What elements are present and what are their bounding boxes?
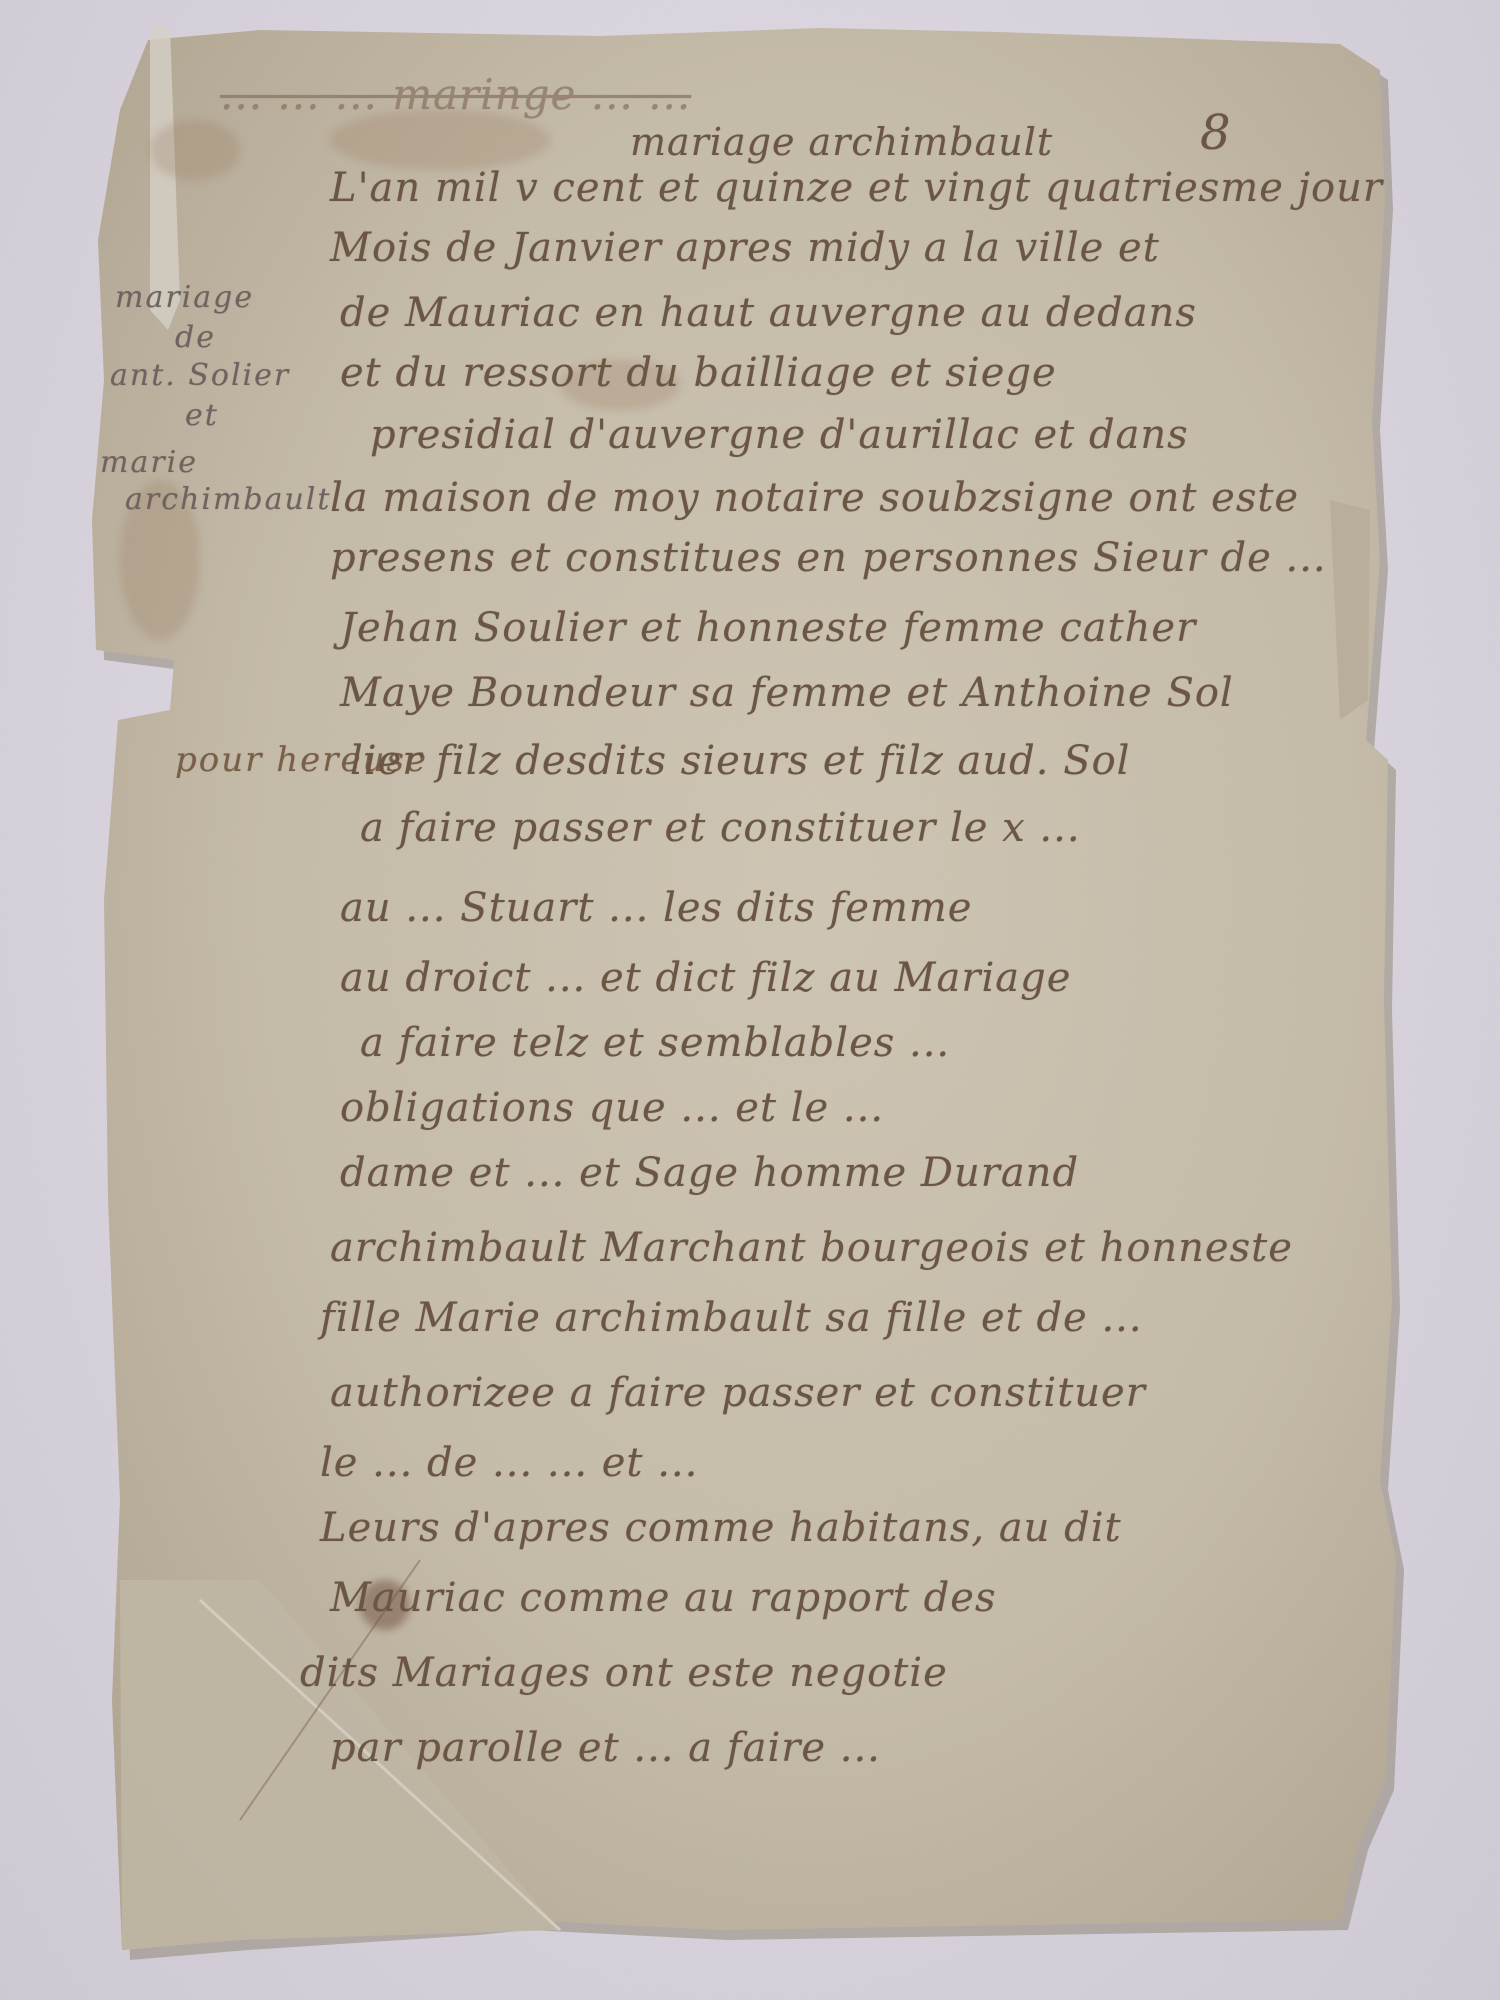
body-line: Jehan Soulier et honneste femme cather (340, 605, 1196, 651)
water-stain (150, 120, 240, 180)
body-line: a faire telz et semblables ... (360, 1020, 950, 1066)
body-line: Mauriac comme au rapport des (330, 1575, 996, 1621)
body-line: Leurs d'apres comme habitans, au dit (320, 1505, 1122, 1551)
body-line: au droict ... et dict filz au Mariage (340, 955, 1071, 1001)
body-line: archimbault Marchant bourgeois et honnes… (330, 1225, 1293, 1271)
body-line: Maye Boundeur sa femme et Anthoine Sol (340, 670, 1234, 716)
body-line: la maison de moy notaire soubzsigne ont … (330, 475, 1299, 521)
page-number: 8 (1200, 105, 1232, 161)
body-line: Mois de Janvier apres midy a la ville et (330, 225, 1160, 271)
body-line: a faire passer et constituer le x ... (360, 805, 1081, 851)
body-line: authorizee a faire passer et constituer (330, 1370, 1146, 1416)
body-line: au ... Stuart ... les dits femme (340, 885, 972, 931)
body-line: presidial d'auvergne d'aurillac et dans (370, 412, 1189, 458)
margin-note: mariage (115, 280, 254, 315)
struck-header-line: ... ... ... maringe ... ... (220, 70, 691, 119)
document-title: mariage archimbault (630, 120, 1053, 164)
margin-note: archimbault (125, 482, 331, 517)
water-stain (330, 110, 550, 170)
body-line: par parolle et ... a faire ... (330, 1725, 881, 1771)
body-line: le ... de ... ... et ... (320, 1440, 698, 1486)
margin-note: de (175, 320, 216, 355)
manuscript-sheet: ... ... ... maringe ... ... mariage arch… (0, 0, 1500, 2000)
body-line: obligations que ... et le ... (340, 1085, 884, 1131)
body-line: presens et constitues en personnes Sieur… (330, 535, 1327, 581)
body-line: et du ressort du bailliage et siege (340, 350, 1057, 396)
body-line: dits Mariages ont este negotie (300, 1650, 948, 1696)
body-line: dame et ... et Sage homme Durand (340, 1150, 1079, 1196)
body-line: lier filz desdits sieurs et filz aud. So… (350, 738, 1130, 784)
margin-note: et (185, 398, 219, 433)
body-line: L'an mil v cent et quinze et vingt quatr… (330, 165, 1383, 211)
body-line: de Mauriac en haut auvergne au dedans (340, 290, 1197, 336)
margin-note: ant. Solier (110, 358, 290, 393)
margin-note: marie (100, 445, 198, 480)
body-line: fille Marie archimbault sa fille et de .… (320, 1295, 1143, 1341)
